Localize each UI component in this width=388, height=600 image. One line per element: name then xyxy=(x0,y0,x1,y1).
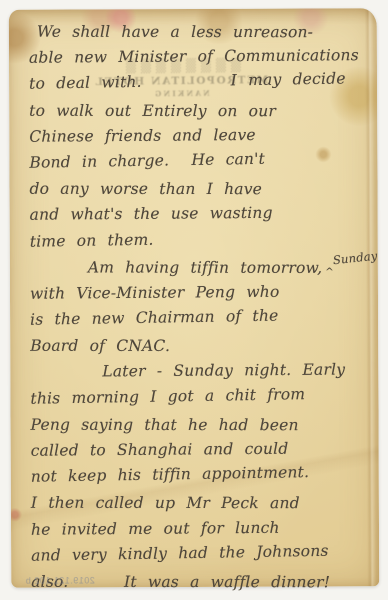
letter-line: to deal with. I may decide xyxy=(29,65,369,97)
letter-body: We shall have a less unreason- able new … xyxy=(29,17,372,595)
letter-line: also. It was a waffle dinner! xyxy=(31,569,371,596)
letter-line: time on them. xyxy=(30,223,370,255)
letter-line: this morning I got a chit from xyxy=(30,380,370,412)
letter-line-with-insertion: Am having tiffin tomorrow,^Sunday xyxy=(88,254,370,281)
letter-line: We shall have a less unreason- xyxy=(37,19,369,46)
letter-line-text: Am having tiffin tomorrow, xyxy=(88,258,322,276)
inserted-word: Sunday xyxy=(332,242,379,273)
letter-line: Peng saying that he had been xyxy=(31,412,371,439)
letter-line: is the new Chairman of the xyxy=(30,301,370,333)
letter-line: and very kindly had the Johnsons xyxy=(31,537,371,569)
letter-line: to walk out Entirely on our xyxy=(29,97,369,124)
letter-paper: ▒▒▒▒▒▒▒▒ METROPOLITAN HOTEL NANKING We s… xyxy=(9,8,380,588)
scan-background: ▒▒▒▒▒▒▒▒ METROPOLITAN HOTEL NANKING We s… xyxy=(0,0,388,600)
caret-mark: ^ xyxy=(325,267,334,278)
letter-line: I then called up Mr Peck and xyxy=(31,490,371,517)
letter-line: not keep his tiffin appointment. xyxy=(31,458,371,490)
letter-line: Bond in charge. He can't xyxy=(29,144,369,176)
